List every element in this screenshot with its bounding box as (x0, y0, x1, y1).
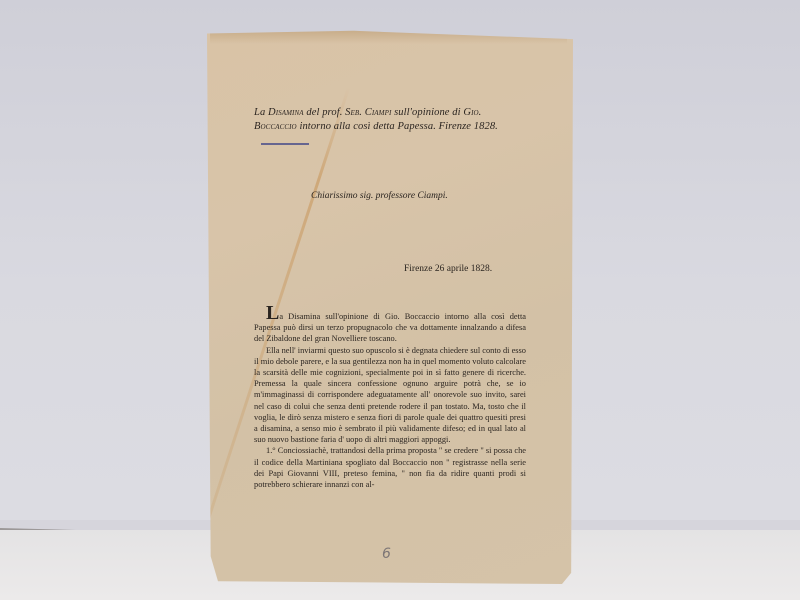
leaflet-page: La Disamina del prof. Seb. Ciampi sull'o… (207, 28, 573, 584)
body-text: La Disamina sull'opinione di Gio. Boccac… (254, 308, 526, 490)
dateline: Firenze 26 aprile 1828. (404, 264, 492, 274)
salutation: Chiarissimo sig. professore Ciampi. (311, 191, 448, 201)
pencil-underline (261, 143, 309, 145)
drop-cap: L (266, 302, 279, 324)
print-area: La Disamina del prof. Seb. Ciampi sull'o… (254, 106, 534, 134)
document-title: La Disamina del prof. Seb. Ciampi sull'o… (254, 106, 534, 134)
pencil-page-number: 6 (382, 546, 391, 562)
